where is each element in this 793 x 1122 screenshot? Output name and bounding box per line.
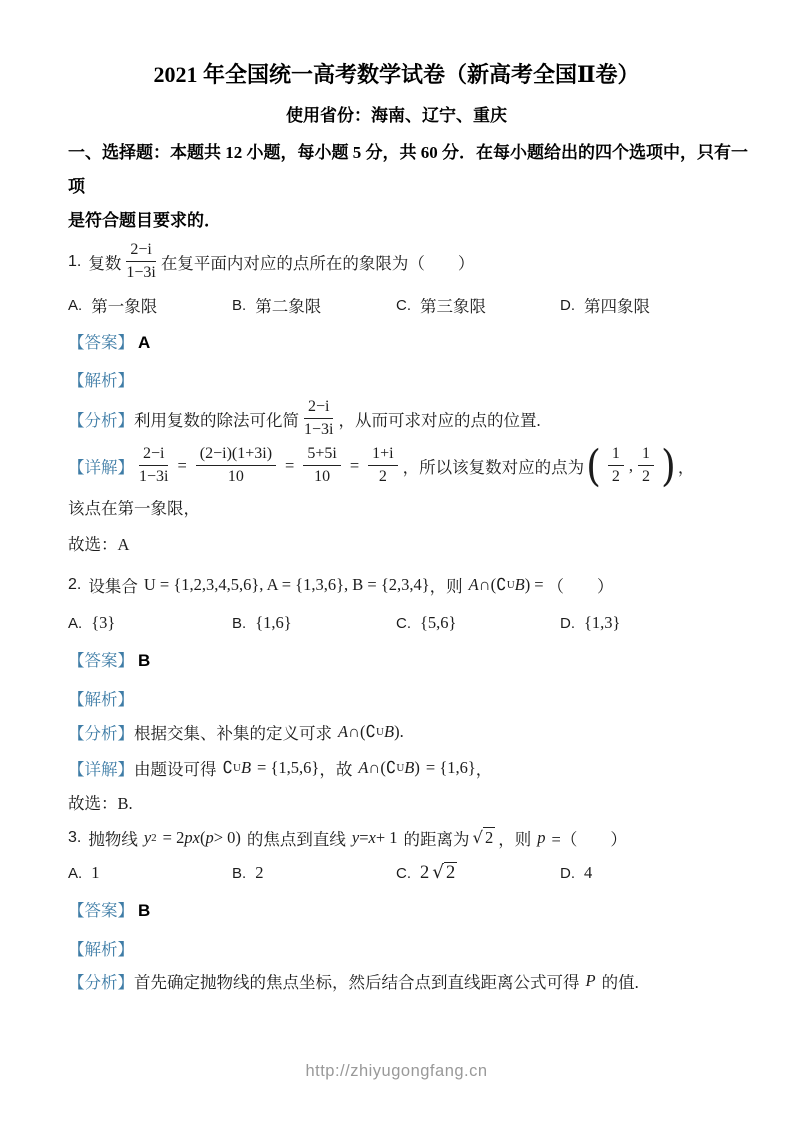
q3-stem-mid1: 的焦点到直线 [247, 826, 346, 850]
q3-stem: 3. 抛物线 y2 = 2px(p > 0) 的焦点到直线 y = x + 1 … [68, 826, 753, 850]
fenxi-tag: 【分析】 [68, 720, 134, 744]
sqrt-expression: √2 [432, 862, 457, 884]
q1-stem-pre: 复数 [88, 250, 121, 274]
q1-number: 1. [68, 253, 81, 271]
answer-tag: 【答案】 [68, 901, 134, 920]
jiexi-tag: 【解析】 [68, 940, 134, 959]
answer-tag: 【答案】 [68, 333, 134, 352]
q1-conclusion: 该点在第一象限， [68, 495, 753, 519]
q2-option-b: B. {1,6} [232, 613, 396, 633]
q1-jiexi-row: 【解析】 [68, 367, 753, 391]
equals-sign: = [534, 575, 543, 595]
exam-page: 2021 年全国统一高考数学试卷（新高考全国Ⅱ卷） 使用省份：海南、辽宁、重庆 … [0, 0, 793, 1122]
q2-option-c: C. {5,6} [396, 613, 560, 633]
q1-detail-mid: ，所以该复数对应的点为 [403, 454, 585, 478]
q2-choice: 故选：B. [68, 790, 753, 814]
q1-option-c: C. 第三象限 [396, 293, 560, 317]
q1-option-b: B. 第二象限 [232, 293, 396, 317]
fraction: 2−i 1−3i [304, 397, 333, 440]
section-header: 一、选择题：本题共 12 小题，每小题 5 分，共 60 分．在每小题给出的四个… [68, 136, 753, 238]
q3-option-b: B. 2 [232, 863, 396, 883]
sqrt-expression: √2 [473, 828, 496, 848]
q2-xj-mid: ，故 [319, 756, 352, 780]
q1-answer-row: 【答案】A [68, 329, 753, 353]
fraction: 5+5i 10 [303, 444, 340, 487]
q1-stem-post: 在复平面内对应的点所在的象限为（ ） [161, 250, 475, 274]
q3-stem-mid2: 的距离为 [404, 826, 470, 850]
jiexi-tag: 【解析】 [68, 690, 134, 709]
q3-fenxi-pre: 首先确定抛物线的焦点坐标，然后结合点到直线距离公式可得 [134, 969, 580, 993]
q2-xj-tail: ， [476, 756, 493, 780]
q3-stem-pre: 抛物线 [88, 826, 138, 850]
q3-option-a: A. 1 [68, 863, 232, 883]
page-subtitle: 使用省份：海南、辽宁、重庆 [0, 101, 793, 126]
section-line1: 一、选择题：本题共 12 小题，每小题 5 分，共 60 分．在每小题给出的四个… [68, 143, 748, 196]
q3-stem-mid3: ，则 [498, 826, 531, 850]
q1-fenxi-row: 【分析】 利用复数的除法可化简 2−i 1−3i ，从而可求对应的点的位置. [68, 397, 753, 440]
q1-options: A. 第一象限 B. 第二象限 C. 第三象限 D. 第四象限 [68, 293, 793, 317]
q1-xiangjie-row: 【详解】 2−i 1−3i = (2−i)(1+3i) 10 = 5+5i 10… [68, 444, 753, 487]
equals-sign: = [285, 456, 294, 476]
q3-fenxi-row: 【分析】 首先确定抛物线的焦点坐标，然后结合点到直线距离公式可得 P 的值. [68, 969, 753, 993]
q2-stem-pre: 设集合 [88, 573, 138, 597]
q1-option-a: A. 第一象限 [68, 293, 232, 317]
q2-answer-row: 【答案】B [68, 647, 753, 671]
fenxi-tag: 【分析】 [68, 407, 134, 431]
q2-sets: U = {1,2,3,4,5,6}, A = {1,3,6}, B = {2,3… [144, 575, 430, 595]
q1-fenxi-pre: 利用复数的除法可化简 [134, 407, 299, 431]
comma: , [629, 456, 633, 476]
q2-xj-pre: 由题设可得 [134, 756, 217, 780]
fraction: (2−i)(1+3i) 10 [196, 444, 276, 487]
q2-answer: B [138, 651, 150, 670]
page-title: 2021 年全国统一高考数学试卷（新高考全国Ⅱ卷） [0, 0, 793, 89]
q1-detail-tail: ， [678, 454, 695, 478]
fraction: 1 2 [638, 444, 654, 487]
fraction: 2−i 1−3i [139, 444, 168, 487]
q1-stem: 1. 复数 2−i 1−3i 在复平面内对应的点所在的象限为（ ） [68, 240, 753, 283]
q1-answer: A [138, 333, 150, 352]
q3-option-d: D. 4 [560, 863, 592, 883]
watermark-url: http://zhiyugongfang.cn [0, 1062, 793, 1081]
q2-jiexi-row: 【解析】 [68, 686, 753, 710]
q2-options: A. {3} B. {1,6} C. {5,6} D. {1,3} [68, 613, 793, 633]
fraction: 2−i 1−3i [126, 240, 155, 283]
section-line2: 是符合题目要求的． [68, 211, 221, 230]
q2-xiangjie-row: 【详解】 由题设可得 ∁UB = {1,5,6} ，故 A∩(∁UB) = {1… [68, 756, 753, 780]
q2-stem-mid: ，则 [430, 573, 463, 597]
q2-stem: 2. 设集合 U = {1,2,3,4,5,6}, A = {1,3,6}, B… [68, 573, 753, 597]
q3-answer: B [138, 901, 150, 920]
q3-fenxi-post: 的值. [602, 969, 639, 993]
equals-sign: = [177, 456, 186, 476]
q1-choice: 故选：A [68, 531, 753, 555]
q2-fenxi-row: 【分析】 根据交集、补集的定义可求 A∩(∁UB). [68, 720, 753, 744]
q3-answer-row: 【答案】B [68, 897, 753, 921]
fraction: 1 2 [608, 444, 624, 487]
q1-option-d: D. 第四象限 [560, 293, 650, 317]
xiangjie-tag: 【详解】 [68, 756, 134, 780]
q3-number: 3. [68, 829, 81, 847]
equals-sign: = [350, 456, 359, 476]
q2-fenxi-post: . [400, 722, 404, 742]
fenxi-tag: 【分析】 [68, 969, 134, 993]
q2-option-d: D. {1,3} [560, 613, 620, 633]
q3-options: A. 1 B. 2 C. 2√2 D. 4 [68, 862, 793, 884]
close-paren: ) [661, 443, 676, 488]
q2-fenxi-pre: 根据交集、补集的定义可求 [134, 720, 332, 744]
jiexi-tag: 【解析】 [68, 371, 134, 390]
q3-stem-end: =（ ） [552, 826, 627, 850]
answer-tag: 【答案】 [68, 651, 134, 670]
fraction: 1+i 2 [368, 444, 397, 487]
q2-stem-paren: （ ） [548, 573, 614, 597]
q3-option-c: C. 2√2 [396, 862, 560, 884]
xiangjie-tag: 【详解】 [68, 454, 134, 478]
q2-option-a: A. {3} [68, 613, 232, 633]
q3-jiexi-row: 【解析】 [68, 936, 753, 960]
open-paren: ( [586, 443, 601, 488]
q2-number: 2. [68, 576, 81, 594]
q1-fenxi-post: ，从而可求对应的点的位置. [338, 407, 540, 431]
